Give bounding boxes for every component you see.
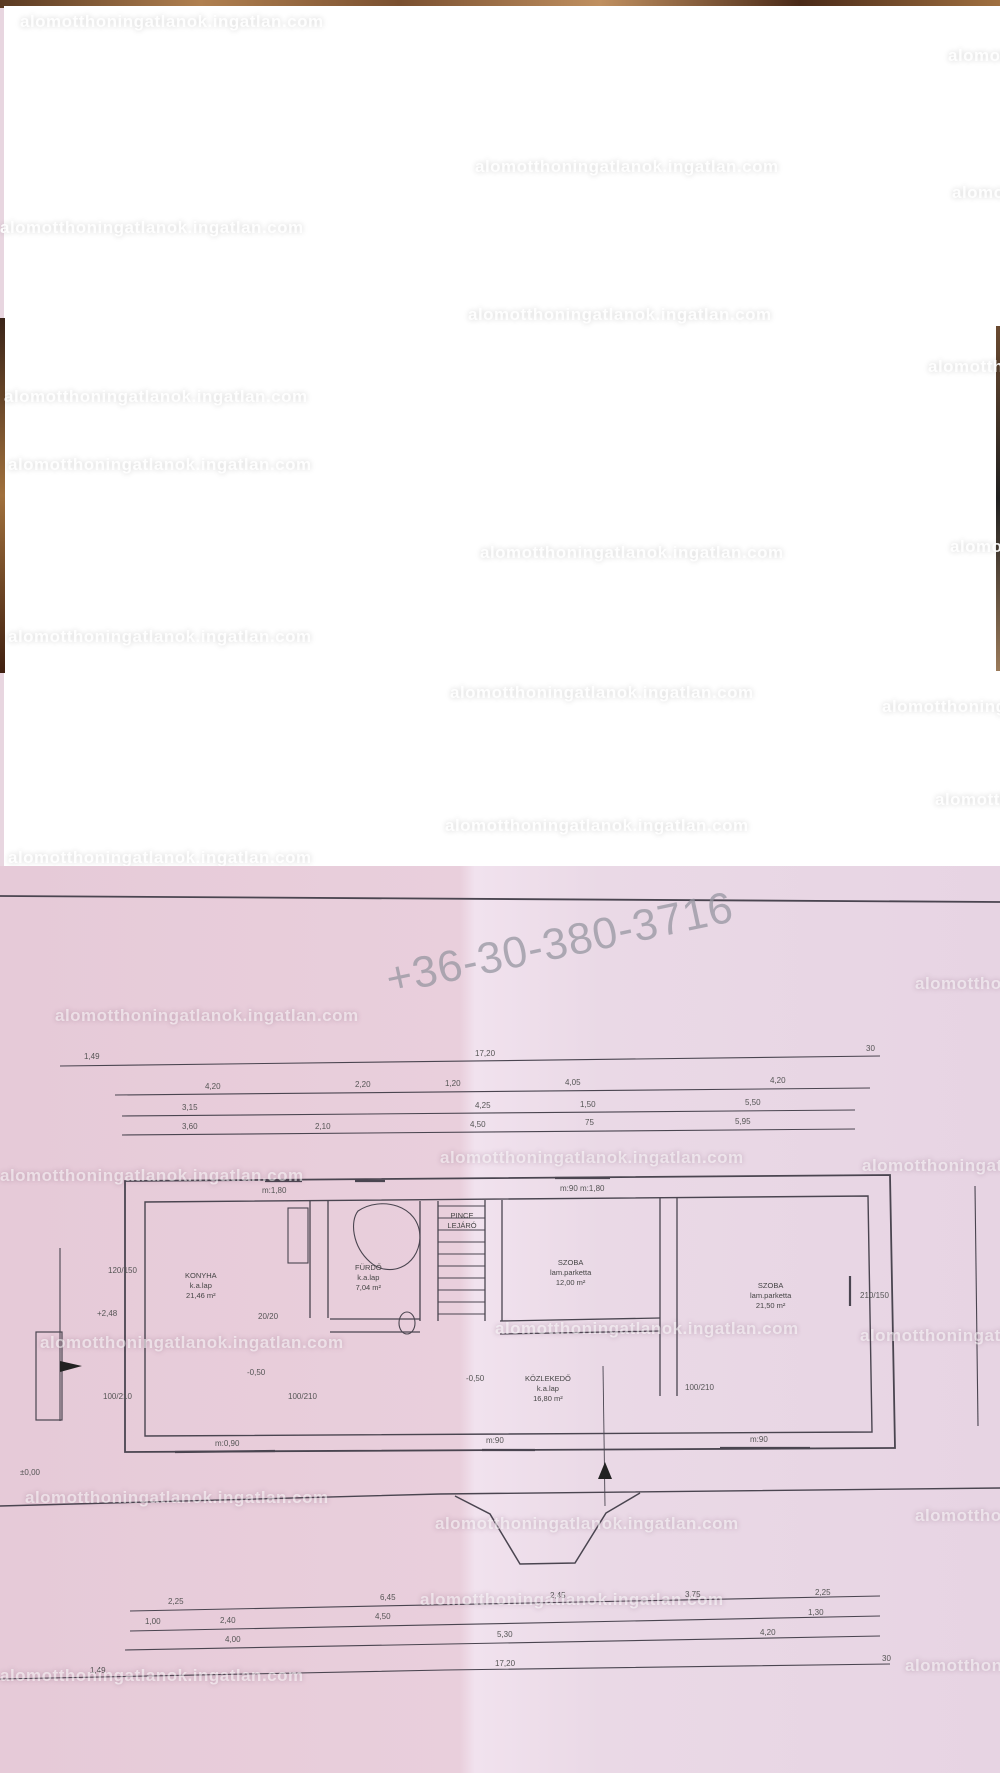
- window-mark: m:90: [750, 1435, 768, 1444]
- watermark: alomotthoningatlanok.ingatlan.com: [445, 816, 749, 836]
- watermark: alomotthoningatlanok.ingatlan.com: [4, 387, 308, 407]
- room-label-room-large: SZOBAlam.parketta21,50 m²: [750, 1281, 791, 1311]
- door-mark: 100/210: [103, 1392, 132, 1401]
- dim-label: 1,49: [84, 1052, 100, 1061]
- misc-mark: 20/20: [258, 1312, 278, 1321]
- dim-label: 4,50: [470, 1120, 486, 1129]
- floor-plan-sheet: KONYHAk.a.lap21,46 m² FÜRDŐk.a.lap7,04 m…: [0, 866, 1000, 1773]
- dim-label: 4,20: [770, 1076, 786, 1085]
- room-label-bathroom: FÜRDŐk.a.lap7,04 m²: [355, 1263, 382, 1293]
- watermark: alomotthoningatlanok.ingatlan.com: [40, 1333, 344, 1353]
- watermark: alomotthoningatlanok.ingatlan.com: [435, 1514, 739, 1534]
- dim-label: 2,10: [315, 1122, 331, 1131]
- watermark: alomotthoningatlanok.ingatlan.com: [55, 1006, 359, 1026]
- watermark: alomotthoningatlanok.ingatlan.com: [928, 357, 1000, 377]
- dim-label: 1,20: [445, 1079, 461, 1088]
- blank-image-area: [4, 6, 1000, 866]
- dim-label: 30: [882, 1654, 891, 1663]
- watermark: alomotthoningatlanok.ingatlan.com: [952, 183, 1000, 203]
- door-mark: 100/210: [685, 1383, 714, 1392]
- dim-label: 30: [866, 1044, 875, 1053]
- level-mark: ±0,00: [20, 1468, 40, 1477]
- watermark: alomotthoningatlanok.ingatlan.com: [20, 12, 324, 32]
- level-mark: -0,50: [247, 1368, 265, 1377]
- dim-label: 2,25: [168, 1597, 184, 1606]
- dim-label: 4,50: [375, 1612, 391, 1621]
- dim-label: 4,20: [205, 1082, 221, 1091]
- dim-label: 4,05: [565, 1078, 581, 1087]
- dim-label: 2,20: [355, 1080, 371, 1089]
- watermark: alomotthoningatlanok.ingatlan.com: [480, 543, 784, 563]
- window-mark: m:90 m:1,80: [560, 1184, 604, 1193]
- watermark: alomotthoningatlanok.ingatlan.com: [948, 46, 1000, 66]
- dim-label: 6,45: [380, 1593, 396, 1602]
- watermark: alomotthoningatlanok.ingatlan.com: [8, 455, 312, 475]
- watermark: alomotthoningatlanok.ingatlan.com: [25, 1488, 329, 1508]
- dim-label: 5,50: [745, 1098, 761, 1107]
- window-mark: m:0,90: [215, 1439, 239, 1448]
- window-mark: m:90: [486, 1436, 504, 1445]
- watermark: alomotthoningatlanok.ingatlan.com: [862, 1156, 1000, 1176]
- level-mark: -0,50: [466, 1374, 484, 1383]
- room-label-hallway: KÖZLEKEDŐk.a.lap16,80 m²: [525, 1374, 571, 1404]
- dim-label: 4,00: [225, 1635, 241, 1644]
- dim-label: 1,30: [808, 1608, 824, 1617]
- room-label-kitchen: KONYHAk.a.lap21,46 m²: [185, 1271, 217, 1301]
- watermark: alomotthoningatlanok.ingatlan.com: [8, 627, 312, 647]
- photo-edge-left: [0, 318, 5, 673]
- watermark: alomotthoningatlanok.ingatlan.com: [915, 1506, 1000, 1526]
- dim-label: 17,20: [495, 1659, 515, 1668]
- watermark: alomotthoningatlanok.ingatlan.com: [915, 974, 1000, 994]
- dim-label: 3,60: [182, 1122, 198, 1131]
- dim-label: 5,30: [497, 1630, 513, 1639]
- dim-label: 75: [585, 1118, 594, 1127]
- watermark: alomotthoningatlanok.ingatlan.com: [475, 157, 779, 177]
- dim-label: 3,15: [182, 1103, 198, 1112]
- dim-label: 2,40: [220, 1616, 236, 1625]
- watermark: alomotthoningatlanok.ingatlan.com: [882, 697, 1000, 717]
- watermark: alomotthoningatlanok.ingatlan.com: [8, 848, 312, 868]
- watermark: alomotthoningatlanok.ingatlan.com: [905, 1656, 1000, 1676]
- watermark: alomotthoningatlanok.ingatlan.com: [420, 1590, 724, 1610]
- dim-label: 2,25: [815, 1588, 831, 1597]
- window-mark: m:1,80: [262, 1186, 286, 1195]
- dim-label: 1,00: [145, 1617, 161, 1626]
- level-mark: +2,48: [97, 1309, 117, 1318]
- watermark: alomotthoningatlanok.ingatlan.com: [935, 790, 1000, 810]
- watermark: alomotthoningatlanok.ingatlan.com: [450, 683, 754, 703]
- dim-label: 4,25: [475, 1101, 491, 1110]
- dim-label: 5,95: [735, 1117, 751, 1126]
- window-size-mark: 120/150: [108, 1266, 137, 1275]
- watermark: alomotthoningatlanok.ingatlan.com: [0, 1666, 304, 1686]
- dim-label: 17,20: [475, 1049, 495, 1058]
- window-size-mark: 210/150: [860, 1291, 889, 1300]
- room-label-room-small: SZOBAlam.parketta12,00 m²: [550, 1258, 591, 1288]
- dim-label: 4,20: [760, 1628, 776, 1637]
- photo-edge-right: [996, 326, 1000, 671]
- watermark: alomotthoningatlanok.ingatlan.com: [440, 1148, 744, 1168]
- watermark: alomotthoningatlanok.ingatlan.com: [950, 537, 1000, 557]
- watermark: alomotthoningatlanok.ingatlan.com: [860, 1326, 1000, 1346]
- room-label-cellar-stairs: PINCE LEJÁRÓ: [440, 1211, 484, 1231]
- watermark: alomotthoningatlanok.ingatlan.com: [468, 305, 772, 325]
- watermark: alomotthoningatlanok.ingatlan.com: [0, 1166, 304, 1186]
- door-mark: 100/210: [288, 1392, 317, 1401]
- watermark: alomotthoningatlanok.ingatlan.com: [0, 218, 304, 238]
- watermark: alomotthoningatlanok.ingatlan.com: [495, 1319, 799, 1339]
- dim-label: 1,50: [580, 1100, 596, 1109]
